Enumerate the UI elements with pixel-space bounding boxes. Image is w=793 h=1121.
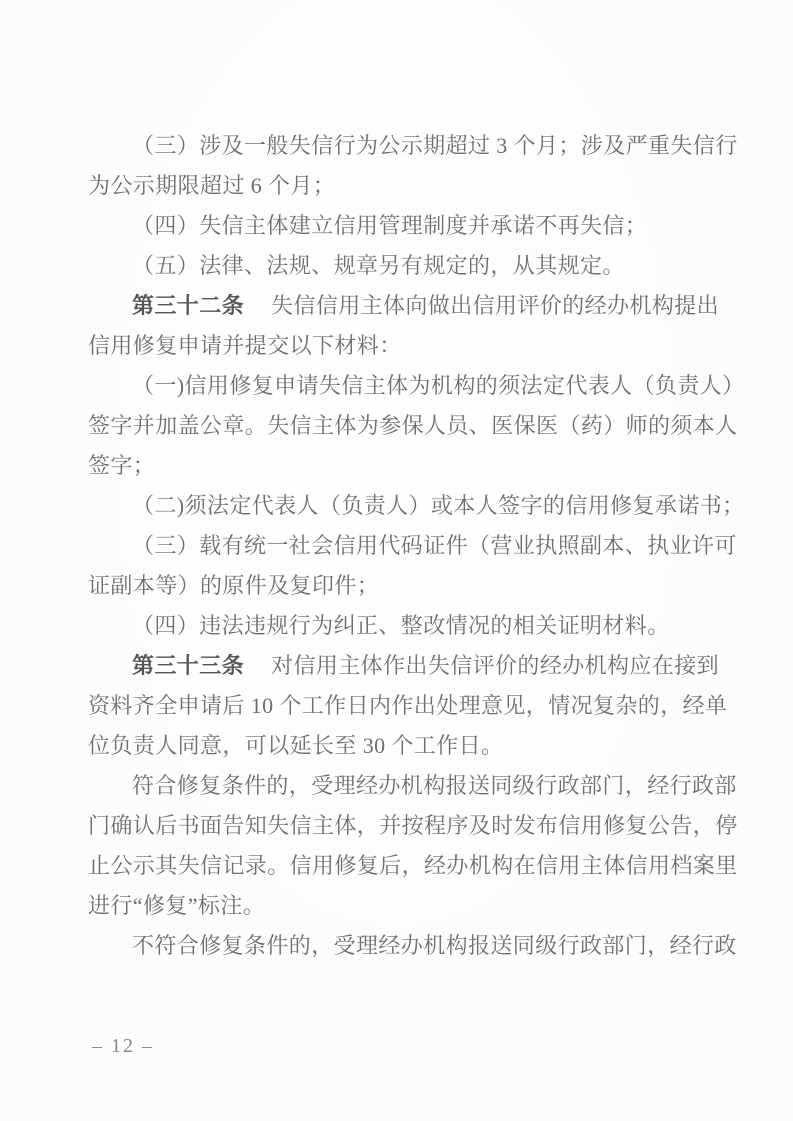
line-text: （三）涉及一般失信行为公示期超过 3 个月；涉及严重失信行 [132,133,738,158]
text-line: 位负责人同意，可以延长至 30 个工作日。 [88,726,718,766]
text-line: 门确认后书面告知失信主体，并按程序及时发布信用修复公告，停 [88,806,718,846]
line-text: 对信用主体作出失信评价的经办机构应在接到 [271,653,719,678]
text-line: 资料齐全申请后 10 个工作日内作出处理意见，情况复杂的，经单 [88,686,718,726]
text-line: （二)须法定代表人（负责人）或本人签字的信用修复承诺书； [88,486,718,526]
line-text: （二)须法定代表人（负责人）或本人签字的信用修复承诺书； [132,493,745,518]
line-text: 位负责人同意，可以延长至 30 个工作日。 [88,733,503,758]
document-page: （三）涉及一般失信行为公示期超过 3 个月；涉及严重失信行 为公示期限超过 6 … [0,0,793,1121]
text-line: 止公示其失信记录。信用修复后，经办机构在信用主体信用档案里 [88,846,718,886]
line-text: （四）失信主体建立信用管理制度并承诺不再失信； [132,213,647,238]
text-line: 签字并加盖公章。失信主体为参保人员、医保医（药）师的须本人 [88,406,718,446]
document-body: （三）涉及一般失信行为公示期超过 3 个月；涉及严重失信行 为公示期限超过 6 … [88,126,718,966]
text-line: 为公示期限超过 6 个月； [88,166,718,206]
line-text: 信用修复申请并提交以下材料： [88,333,402,358]
line-text: 签字； [88,453,155,478]
text-line: 签字； [88,446,718,486]
text-line: 不符合修复条件的，受理经办机构报送同级行政部门，经行政 [88,926,718,966]
text-line: 符合修复条件的，受理经办机构报送同级行政部门，经行政部 [88,766,718,806]
line-text: （五）法律、法规、规章另有规定的，从其规定。 [132,253,625,278]
text-line: （五）法律、法规、规章另有规定的，从其规定。 [88,246,718,286]
line-text: 签字并加盖公章。失信主体为参保人员、医保医（药）师的须本人 [88,413,738,438]
article-33-number: 第三十三条 [132,653,244,678]
text-line: （三）载有统一社会信用代码证件（营业执照副本、执业许可 [88,526,718,566]
line-text: 不符合修复条件的，受理经办机构报送同级行政部门，经行政 [132,933,737,958]
line-text: 止公示其失信记录。信用修复后，经办机构在信用主体信用档案里 [88,853,738,878]
line-text: 证副本等）的原件及复印件； [88,573,379,598]
text-line-article-32: 第三十二条失信信用主体向做出信用评价的经办机构提出 [88,286,718,326]
line-text: 进行“修复”标注。 [88,893,265,918]
article-32-number: 第三十二条 [132,293,244,318]
text-line: （一)信用修复申请失信主体为机构的须法定代表人（负责人） [88,366,718,406]
text-line-article-33: 第三十三条对信用主体作出失信评价的经办机构应在接到 [88,646,718,686]
text-line: （三）涉及一般失信行为公示期超过 3 个月；涉及严重失信行 [88,126,718,166]
text-line: 证副本等）的原件及复印件； [88,566,718,606]
text-line: 进行“修复”标注。 [88,886,718,926]
line-text: （四）违法违规行为纠正、整改情况的相关证明材料。 [132,613,670,638]
line-text: （一)信用修复申请失信主体为机构的须法定代表人（负责人） [132,373,745,398]
text-line: 信用修复申请并提交以下材料： [88,326,718,366]
line-text: 符合修复条件的，受理经办机构报送同级行政部门，经行政部 [132,773,737,798]
text-line: （四）违法违规行为纠正、整改情况的相关证明材料。 [88,606,718,646]
text-line: （四）失信主体建立信用管理制度并承诺不再失信； [88,206,718,246]
page-number: – 12 – [92,1026,154,1066]
line-text: 门确认后书面告知失信主体，并按程序及时发布信用修复公告，停 [88,813,738,838]
line-text: 为公示期限超过 6 个月； [88,173,335,198]
line-text: （三）载有统一社会信用代码证件（营业执照副本、执业许可 [132,533,737,558]
line-text: 失信信用主体向做出信用评价的经办机构提出 [271,293,719,318]
line-text: 资料齐全申请后 10 个工作日内作出处理意见，情况复杂的，经单 [88,693,727,718]
